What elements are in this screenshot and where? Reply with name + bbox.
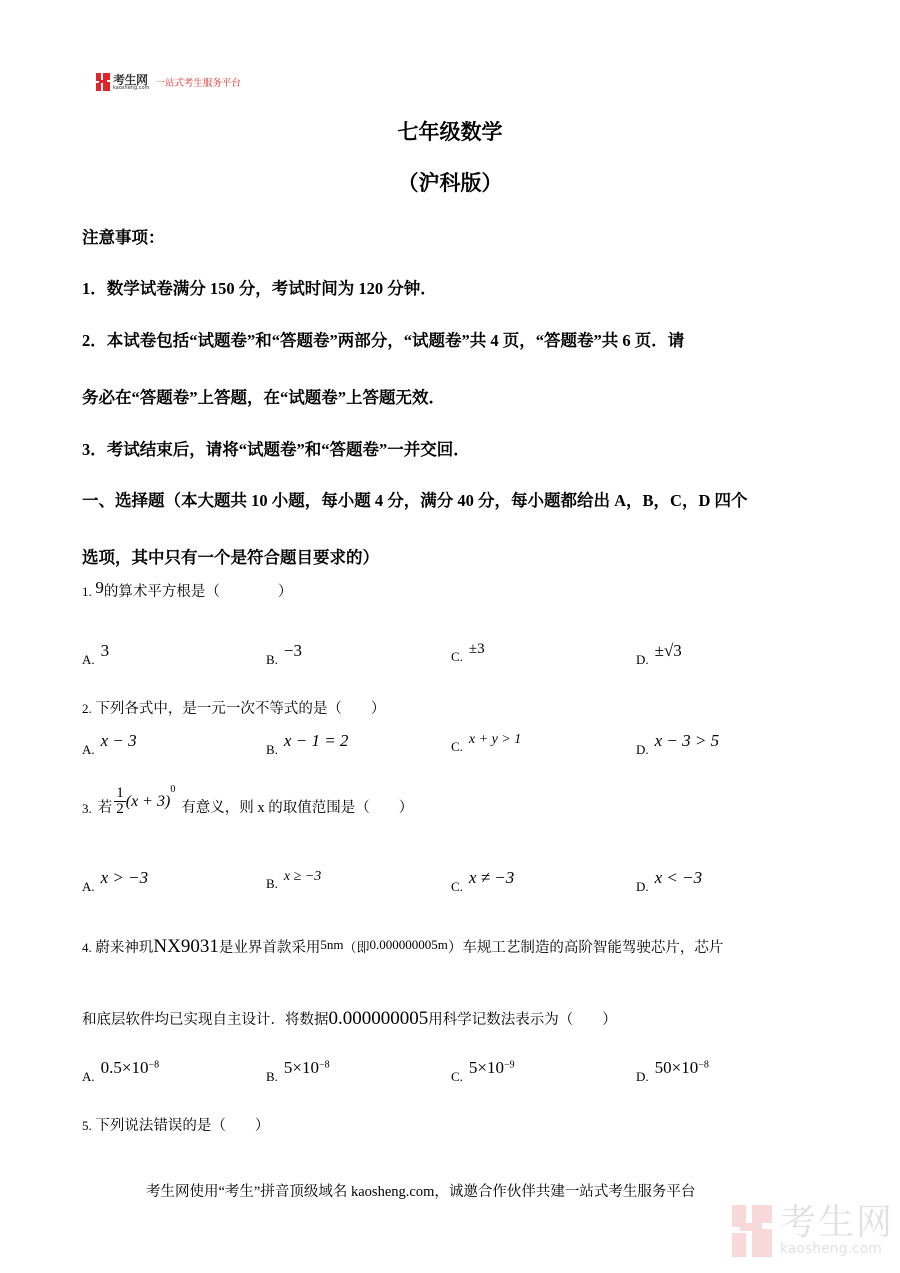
- question-number: 5.: [82, 1118, 92, 1133]
- option-label: B.: [266, 652, 278, 667]
- question-3: 3. 若 1 2 (x + 3)0 有意义，则 x 的取值范围是（ ）: [82, 786, 413, 817]
- question-number: 1.: [82, 584, 92, 599]
- option-value: ±3: [469, 641, 485, 657]
- option-a[interactable]: A.x > −3: [82, 868, 148, 888]
- option-a[interactable]: A.x − 3: [82, 731, 137, 751]
- option-d[interactable]: D.x − 3 > 5: [636, 731, 719, 751]
- fraction: 1 2: [114, 786, 126, 817]
- option-label: D.: [636, 742, 649, 757]
- option-label: C.: [451, 649, 463, 664]
- option-value: 0.5×10: [101, 1058, 149, 1077]
- option-value: x > −3: [101, 868, 149, 887]
- site-logo: 考生网 kaosheng.com 一站式考生服务平台: [96, 72, 241, 92]
- option-value: x − 3 > 5: [655, 731, 720, 750]
- math-expr: NX9031: [153, 936, 218, 957]
- section-heading: 一、选择题（本大题共 10 小题，每小题 4 分，满分 40 分，每小题都给出 …: [82, 487, 748, 511]
- option-label: D.: [636, 1069, 649, 1084]
- option-label: D.: [636, 652, 649, 667]
- option-value: 5×10: [284, 1058, 319, 1077]
- logo-cn: 考生网: [113, 74, 149, 86]
- footer-text: 考生网使用“考生”拼音顶级域名 kaosheng.com，诚邀合作伙伴共建一站式…: [146, 1180, 695, 1201]
- option-label: B.: [266, 742, 278, 757]
- option-c[interactable]: C.±3: [451, 641, 485, 658]
- option-value: x + y > 1: [469, 732, 521, 747]
- option-value: 3: [101, 641, 110, 660]
- logo-mark-icon: [96, 73, 110, 91]
- question-5: 5. 下列说法错误的是（ ）: [82, 1114, 269, 1135]
- option-exponent: −8: [698, 1059, 709, 1070]
- question-number: 2.: [82, 701, 92, 716]
- option-label: B.: [266, 1069, 278, 1084]
- notice-item-1: 1．数学试卷满分 150 分，考试时间为 120 分钟．: [82, 275, 437, 299]
- option-label: A.: [82, 879, 95, 894]
- math-expr: (x + 3): [126, 793, 171, 811]
- option-c[interactable]: C.x + y > 1: [451, 731, 521, 748]
- question-number: 3.: [82, 801, 92, 817]
- option-value: x − 1 = 2: [284, 731, 349, 750]
- option-value: ±√3: [655, 641, 682, 660]
- question-text: 下列各式中，是一元一次不等式的是（ ）: [95, 701, 385, 717]
- watermark-en: kaosheng.com: [780, 1241, 894, 1257]
- math-expr: 9: [95, 578, 104, 597]
- math-expr: 5nm: [320, 937, 343, 952]
- option-label: D.: [636, 879, 649, 894]
- notice-heading: 注意事项：: [82, 224, 165, 248]
- option-d[interactable]: D.±√3: [636, 641, 682, 661]
- option-b[interactable]: B.x ≥ −3: [266, 868, 321, 885]
- question-4-cont: 和底层软件均已实现自主设计．将数据0.000000005用科学记数法表示为（ ）: [82, 1008, 617, 1030]
- watermark-cn: 考生网: [780, 1205, 894, 1241]
- logo-slogan: 一站式考生服务平台: [155, 75, 241, 89]
- option-value: 50×10: [655, 1058, 699, 1077]
- question-text: 用科学记数法表示为（ ）: [428, 1012, 617, 1028]
- option-value: x ≥ −3: [284, 869, 321, 884]
- notice-item-2-cont: 务必在“答题卷”上答题，在“试题卷”上答题无效．: [82, 384, 445, 408]
- option-b[interactable]: B.−3: [266, 641, 302, 661]
- option-label: C.: [451, 879, 463, 894]
- fraction-numerator: 1: [114, 786, 126, 802]
- option-label: C.: [451, 1069, 463, 1084]
- question-text: ）车规工艺制造的高阶智能驾驶芯片，芯片: [448, 940, 724, 956]
- fraction-denominator: 2: [116, 802, 124, 817]
- option-b[interactable]: B.5×10−8: [266, 1058, 330, 1078]
- question-text: 下列说法错误的是（ ）: [95, 1118, 269, 1134]
- notice-item-2: 2．本试卷包括“试题卷”和“答题卷”两部分，“试题卷”共 4 页，“答题卷”共 …: [82, 327, 684, 351]
- question-2: 2. 下列各式中，是一元一次不等式的是（ ）: [82, 697, 385, 718]
- option-b[interactable]: B.x − 1 = 2: [266, 731, 348, 751]
- question-text: 有意义，则 x 的取值范围是（ ）: [181, 796, 413, 817]
- option-a[interactable]: A.3: [82, 641, 109, 661]
- question-prefix: 若: [98, 796, 113, 817]
- page-subtitle: （沪科版）: [0, 167, 900, 197]
- option-exponent: −9: [504, 1059, 515, 1070]
- option-value: x ≠ −3: [469, 868, 514, 887]
- option-c[interactable]: C.5×10−9: [451, 1058, 515, 1078]
- section-heading-cont: 选项，其中只有一个是符合题目要求的）: [82, 544, 379, 568]
- option-label: B.: [266, 876, 278, 891]
- watermark-mark-icon: [732, 1205, 772, 1257]
- option-d[interactable]: D.50×10−8: [636, 1058, 709, 1078]
- question-text: （即: [343, 940, 369, 955]
- option-d[interactable]: D.x < −3: [636, 868, 702, 888]
- option-value: x < −3: [655, 868, 703, 887]
- option-value: 5×10: [469, 1058, 504, 1077]
- option-value: x − 3: [101, 731, 137, 750]
- question-text: 的算术平方根是（ ）: [104, 584, 293, 600]
- exponent: 0: [170, 784, 175, 795]
- question-4: 4. 蔚来神玑NX9031是业界首款采用5nm（即0.000000005m）车规…: [82, 936, 723, 958]
- option-c[interactable]: C.x ≠ −3: [451, 868, 514, 888]
- option-label: A.: [82, 1069, 95, 1084]
- logo-en: kaosheng.com: [113, 86, 149, 91]
- question-1: 1. 9的算术平方根是（ ）: [82, 580, 292, 601]
- page-title: 七年级数学: [0, 116, 900, 146]
- option-exponent: −8: [148, 1059, 159, 1070]
- option-label: C.: [451, 739, 463, 754]
- question-text: 和底层软件均已实现自主设计．将数据: [82, 1012, 329, 1028]
- question-text: 蔚来神玑: [95, 940, 153, 956]
- option-exponent: −8: [319, 1059, 330, 1070]
- option-a[interactable]: A.0.5×10−8: [82, 1058, 159, 1078]
- option-label: A.: [82, 742, 95, 757]
- math-expr: 0.000000005: [329, 1008, 429, 1029]
- math-expr: 0.000000005m: [369, 937, 447, 952]
- option-label: A.: [82, 652, 95, 667]
- option-value: −3: [284, 641, 302, 660]
- watermark-logo: 考生网 kaosheng.com: [732, 1205, 894, 1257]
- notice-item-3: 3．考试结束后，请将“试题卷”和“答题卷”一并交回．: [82, 436, 470, 460]
- question-text: 是业界首款采用: [219, 940, 321, 956]
- question-number: 4.: [82, 940, 92, 955]
